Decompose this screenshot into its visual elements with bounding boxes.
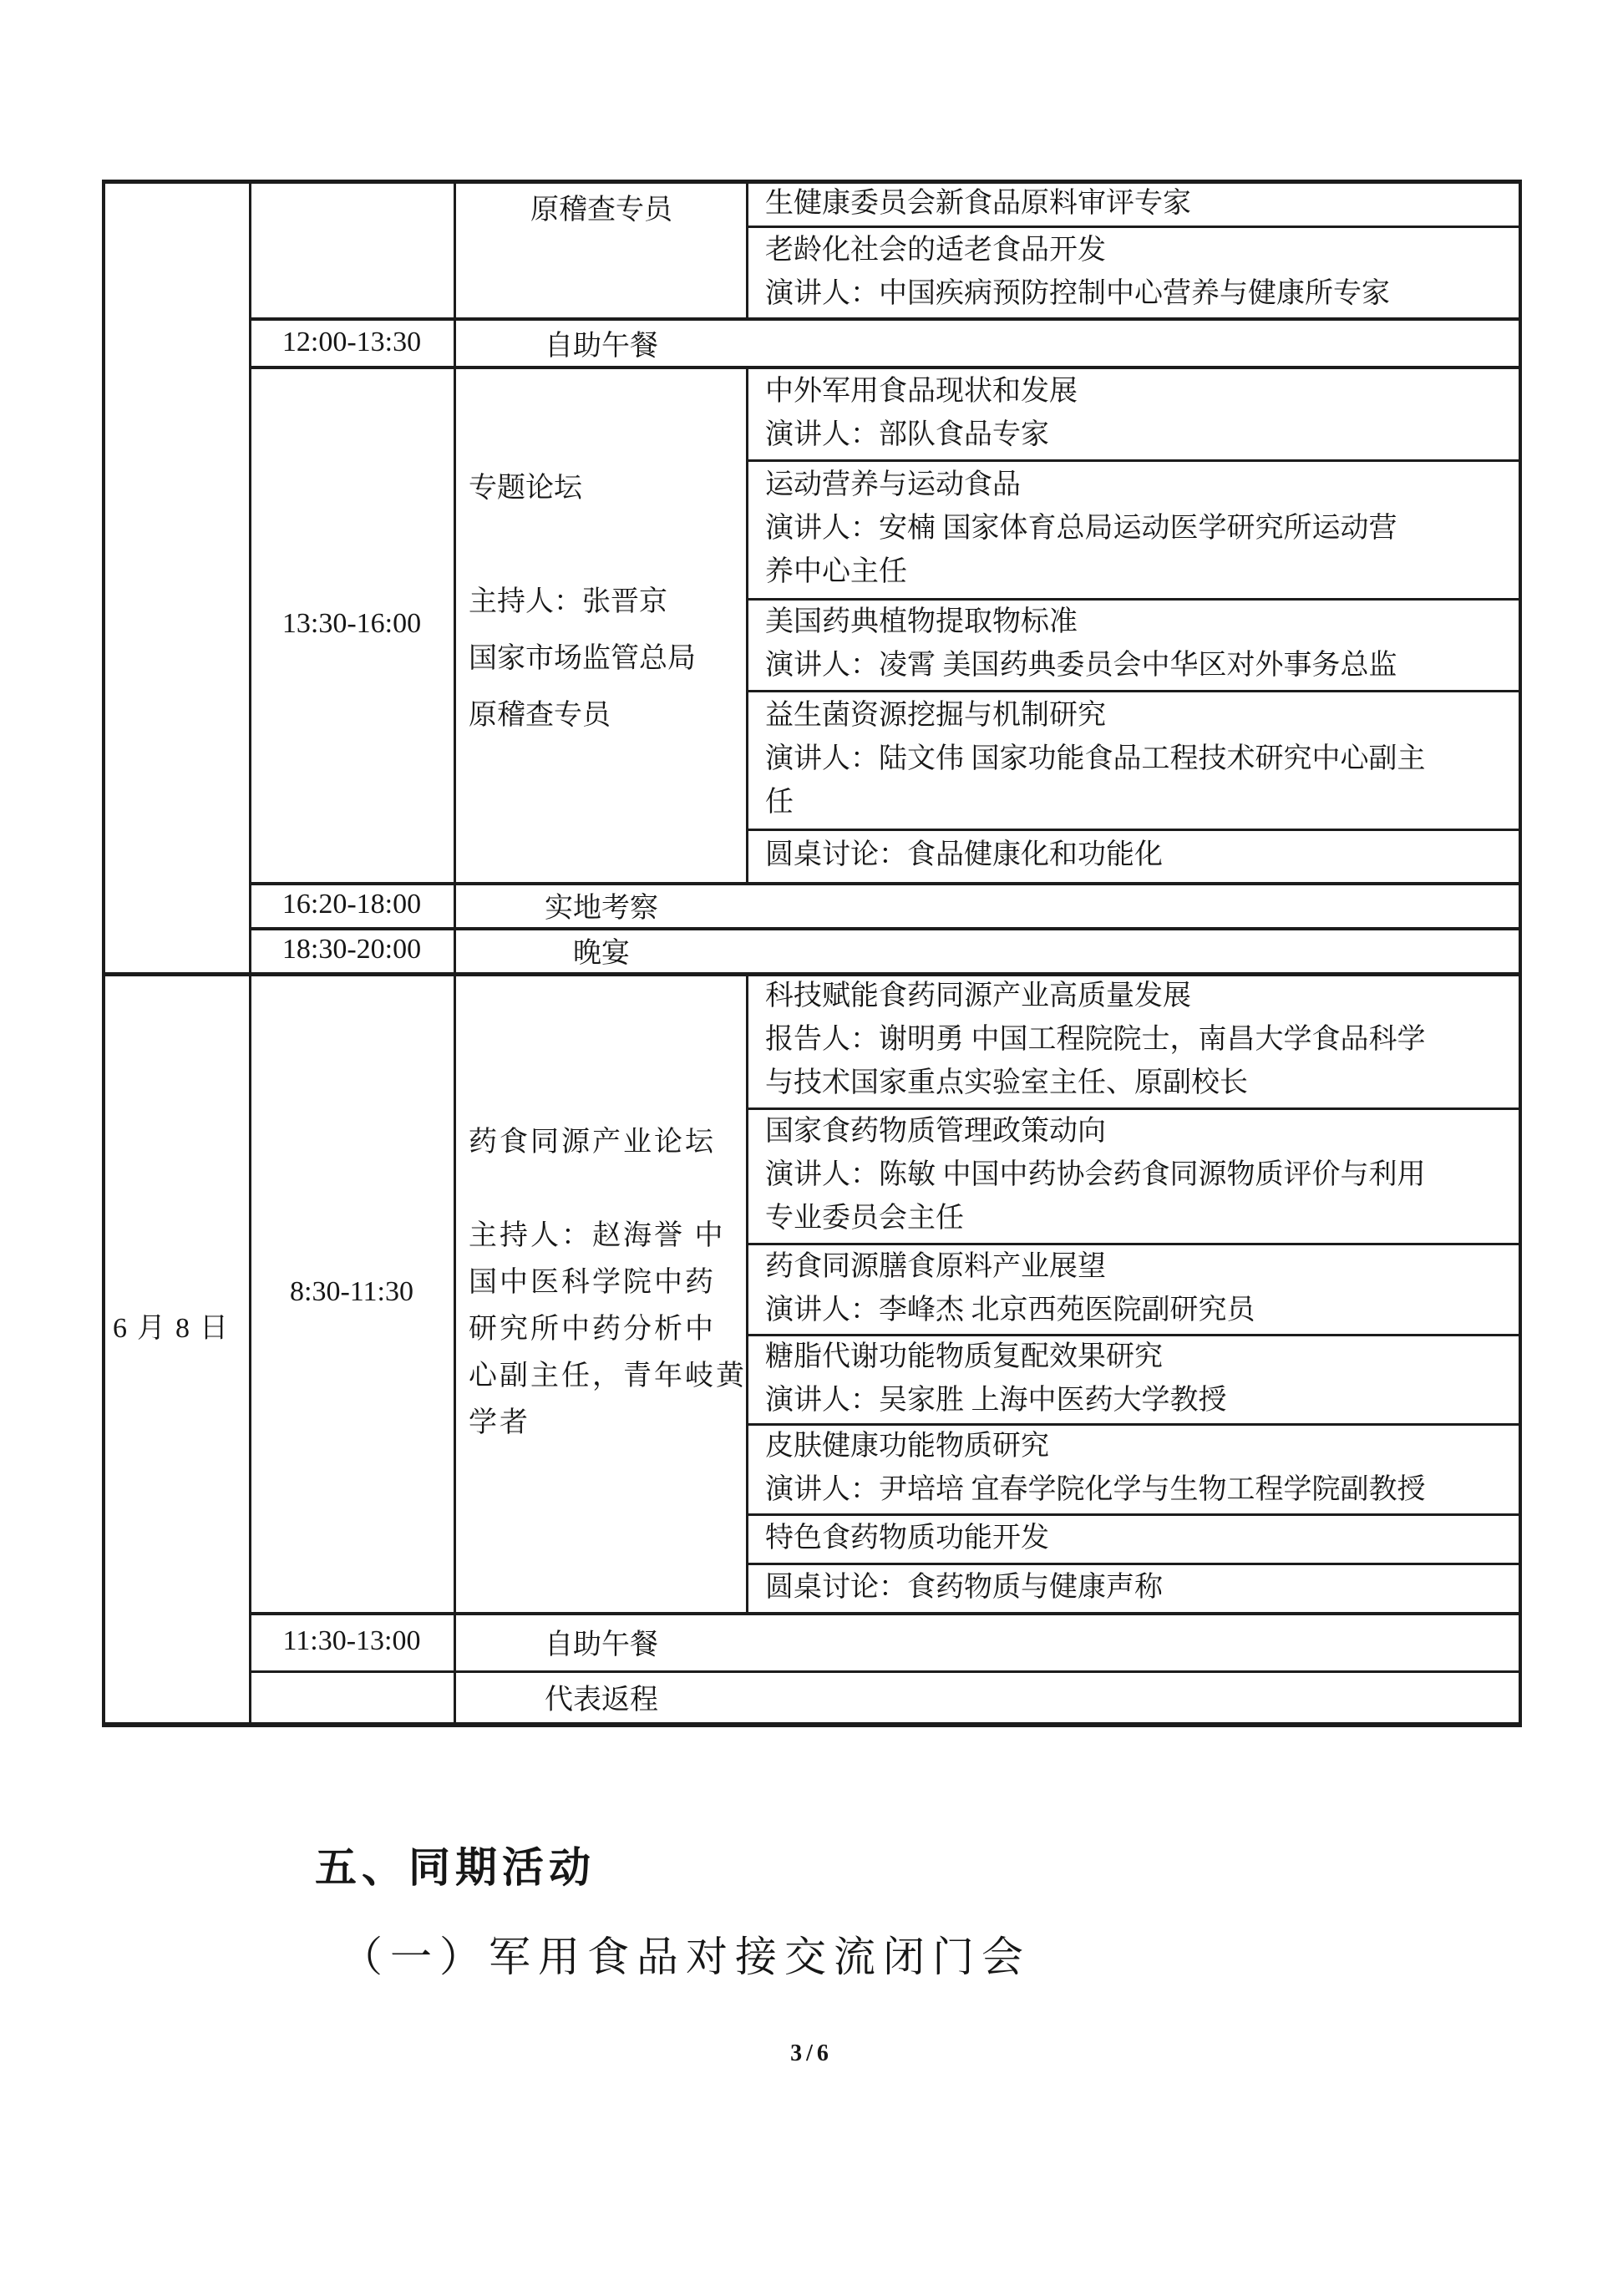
section-heading: 五、同期活动 xyxy=(315,1834,596,1894)
time-cell-lunch-day1: 12:00-13:30 xyxy=(252,319,451,366)
agenda-item: 运动营养与运动食品 演讲人：安楠 国家体育总局运动医学研究所运动营 养中心主任 xyxy=(765,459,1500,598)
activity-cell-return: 代表返程 xyxy=(455,1670,748,1722)
agenda-item-roundtable-day1: 圆桌讨论：食品健康化和功能化 xyxy=(765,829,1500,882)
grid-line-col1-col2 xyxy=(249,180,251,1726)
agenda-item: 科技赋能食药同源产业高质量发展 报告人：谢明勇 中国工程院院士，南昌大学食品科学… xyxy=(765,972,1500,1107)
agenda-item: 益生菌资源挖掘与机制研究 演讲人：陆文伟 国家功能食品工程技术研究中心副主 任 xyxy=(765,690,1500,829)
meal-cell-lunch-day1: 自助午餐 xyxy=(455,319,748,366)
session-chair-cell-day1: 专题论坛 主持人：张晋京 国家市场监管总局 原稽查专员 xyxy=(469,367,748,970)
grid-line xyxy=(251,1670,1522,1673)
subsection-heading: （一）军用食品对接交流闭门会 xyxy=(341,1923,1031,1984)
grid-line-right-border xyxy=(1519,180,1522,1727)
agenda-item: 皮肤健康功能物质研究 演讲人：尹培培 宜春学院化学与生物工程学院副教授 xyxy=(765,1423,1500,1513)
time-cell-banquet: 18:30-20:00 xyxy=(252,927,451,972)
agenda-item: 糖脂代谢功能物质复配效果研究 演讲人：吴家胜 上海中医药大学教授 xyxy=(765,1334,1500,1423)
document-page: 原稽查专员 生健康委员会新食品原料审评专家 老龄化社会的适老食品开发 演讲人：中… xyxy=(0,0,1623,2296)
agenda-item: 美国药典植物提取物标准 演讲人：凌霄 美国药典委员会中华区对外事务总监 xyxy=(765,598,1500,690)
time-cell-forum-day1: 13:30-16:00 xyxy=(252,367,451,880)
agenda-item: 国家食药物质管理政策动向 演讲人：陈敏 中国中药协会药食同源物质评价与利用 专业… xyxy=(765,1107,1500,1243)
session-chair-cell-day2: 药食同源产业论坛 主持人：赵海誉 中 国中医科学院中药 研究所中药分析中 心副主… xyxy=(469,972,748,1612)
agenda-item: 特色食药物质功能开发 xyxy=(765,1513,1500,1563)
page-number: 3/6 xyxy=(0,2040,1623,2067)
time-cell-lunch-day2: 11:30-13:00 xyxy=(252,1612,451,1670)
time-cell-site-visit: 16:20-18:00 xyxy=(252,882,451,927)
meal-cell-lunch-day2: 自助午餐 xyxy=(455,1612,748,1670)
activity-cell-site-visit: 实地考察 xyxy=(455,882,748,927)
agenda-item: 中外军用食品现状和发展 演讲人：部队食品专家 xyxy=(765,367,1500,459)
agenda-item: 老龄化社会的适老食品开发 演讲人：中国疾病预防控制中心营养与健康所专家 xyxy=(765,227,1500,317)
agenda-item: 生健康委员会新食品原料审评专家 xyxy=(765,181,1500,226)
activity-cell-banquet: 晚宴 xyxy=(455,927,748,972)
agenda-item: 药食同源膳食原料产业展望 演讲人：李峰杰 北京西苑医院副研究员 xyxy=(765,1243,1500,1334)
session-chair-carryover-cell: 原稽查专员 xyxy=(455,181,748,231)
time-cell-forum-day2: 8:30-11:30 xyxy=(252,972,451,1612)
date-cell-day2: 6月8日 xyxy=(104,972,247,2055)
grid-line-table-bottom xyxy=(102,1722,1522,1727)
agenda-item-roundtable-day2: 圆桌讨论：食药物质与健康声称 xyxy=(765,1563,1500,1612)
